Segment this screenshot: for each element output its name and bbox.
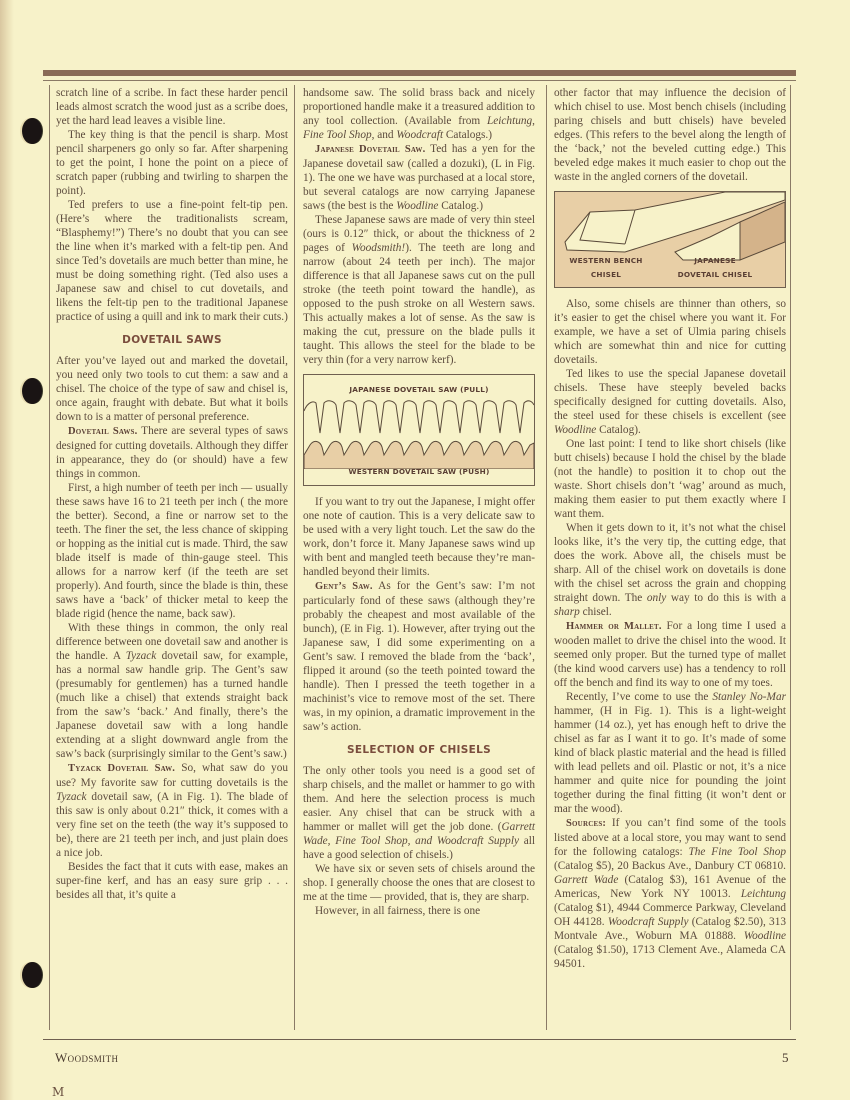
section-heading-dovetail-saws: DOVETAIL SAWS	[56, 333, 288, 347]
page-binding-edge	[0, 0, 14, 1100]
paragraph: When it gets down to it, it’s not what t…	[554, 521, 786, 619]
paragraph: Hammer or Mallet. For a long time I used…	[554, 619, 786, 690]
paragraph: Tyzack Dovetail Saw. So, what saw do you…	[56, 761, 288, 860]
header-bar	[43, 70, 796, 76]
punch-hole	[22, 118, 42, 144]
paragraph: First, a high number of teeth per inch —…	[56, 481, 288, 621]
label-japanese-dovetail-chisel: JAPANESE DOVETAIL CHISEL	[665, 254, 765, 282]
paragraph: However, in all fairness, there is one	[303, 904, 535, 918]
saw-teeth-figure: JAPANESE DOVETAIL SAW (PULL) WESTERN DOV…	[303, 374, 535, 486]
paragraph: The only other tools you need is a good …	[303, 764, 535, 862]
figure-label-japanese-saw: JAPANESE DOVETAIL SAW (PULL)	[304, 383, 534, 397]
chisel-illustration	[555, 192, 785, 262]
paragraph: Also, some chisels are thinner than othe…	[554, 297, 786, 367]
paragraph: These Japanese saws are made of very thi…	[303, 213, 535, 367]
run-in-heading: Gent’s Saw.	[315, 581, 373, 592]
paragraph: Japanese Dovetail Saw. Ted has a yen for…	[303, 142, 535, 213]
paragraph: If you want to try out the Japanese, I m…	[303, 495, 535, 579]
label-western-bench-chisel: WESTERN BENCH CHISEL	[561, 254, 651, 282]
figure-label-western-saw: WESTERN DOVETAIL SAW (PUSH)	[304, 465, 534, 479]
run-in-heading: Hammer or Mallet.	[566, 621, 662, 632]
paragraph: other factor that may influence the deci…	[554, 86, 786, 184]
paragraph: With these things in common, the only re…	[56, 621, 288, 761]
paragraph: Sources: If you can’t find some of the t…	[554, 816, 786, 971]
punch-hole	[22, 378, 42, 404]
column-rule	[294, 85, 295, 1030]
column-rule	[49, 85, 50, 1030]
publication-name: Woodsmith	[55, 1050, 118, 1066]
run-in-heading: Dovetail Saws.	[68, 426, 137, 437]
page-number: 5	[782, 1050, 789, 1066]
column-rule	[546, 85, 547, 1030]
footer-rule	[43, 1039, 796, 1040]
paragraph: Ted prefers to use a fine-point felt-tip…	[56, 198, 288, 324]
header-rule	[43, 80, 796, 81]
paragraph: scratch line of a scribe. In fact these …	[56, 86, 288, 128]
saw-teeth-illustration	[304, 397, 534, 469]
article-column-3: other factor that may influence the deci…	[554, 86, 786, 971]
paragraph: Gent’s Saw. As for the Gent’s saw: I’m n…	[303, 579, 535, 734]
paragraph: After you’ve layed out and marked the do…	[56, 354, 288, 424]
paragraph: Besides the fact that it cuts with ease,…	[56, 860, 288, 902]
corner-mark: M	[52, 1085, 64, 1099]
paragraph: Recently, I’ve come to use the Stanley N…	[554, 690, 786, 816]
paragraph: Dovetail Saws. There are several types o…	[56, 424, 288, 481]
paragraph: handsome saw. The solid brass back and n…	[303, 86, 535, 142]
article-column-2: handsome saw. The solid brass back and n…	[303, 86, 535, 918]
chisel-comparison-figure: WESTERN BENCH CHISEL JAPANESE DOVETAIL C…	[554, 191, 786, 288]
run-in-heading: Tyzack Dovetail Saw.	[68, 763, 175, 774]
section-heading-selection-of-chisels: SELECTION OF CHISELS	[303, 743, 535, 757]
paragraph: We have six or seven sets of chisels aro…	[303, 862, 535, 904]
punch-hole	[22, 962, 42, 988]
column-rule	[790, 85, 791, 1030]
article-column-1: scratch line of a scribe. In fact these …	[56, 86, 288, 902]
paragraph: One last point: I tend to like short chi…	[554, 437, 786, 521]
run-in-heading: Japanese Dovetail Saw.	[315, 144, 425, 155]
paragraph: The key thing is that the pencil is shar…	[56, 128, 288, 198]
run-in-heading: Sources:	[566, 818, 606, 829]
paragraph: Ted likes to use the special Japanese do…	[554, 367, 786, 437]
